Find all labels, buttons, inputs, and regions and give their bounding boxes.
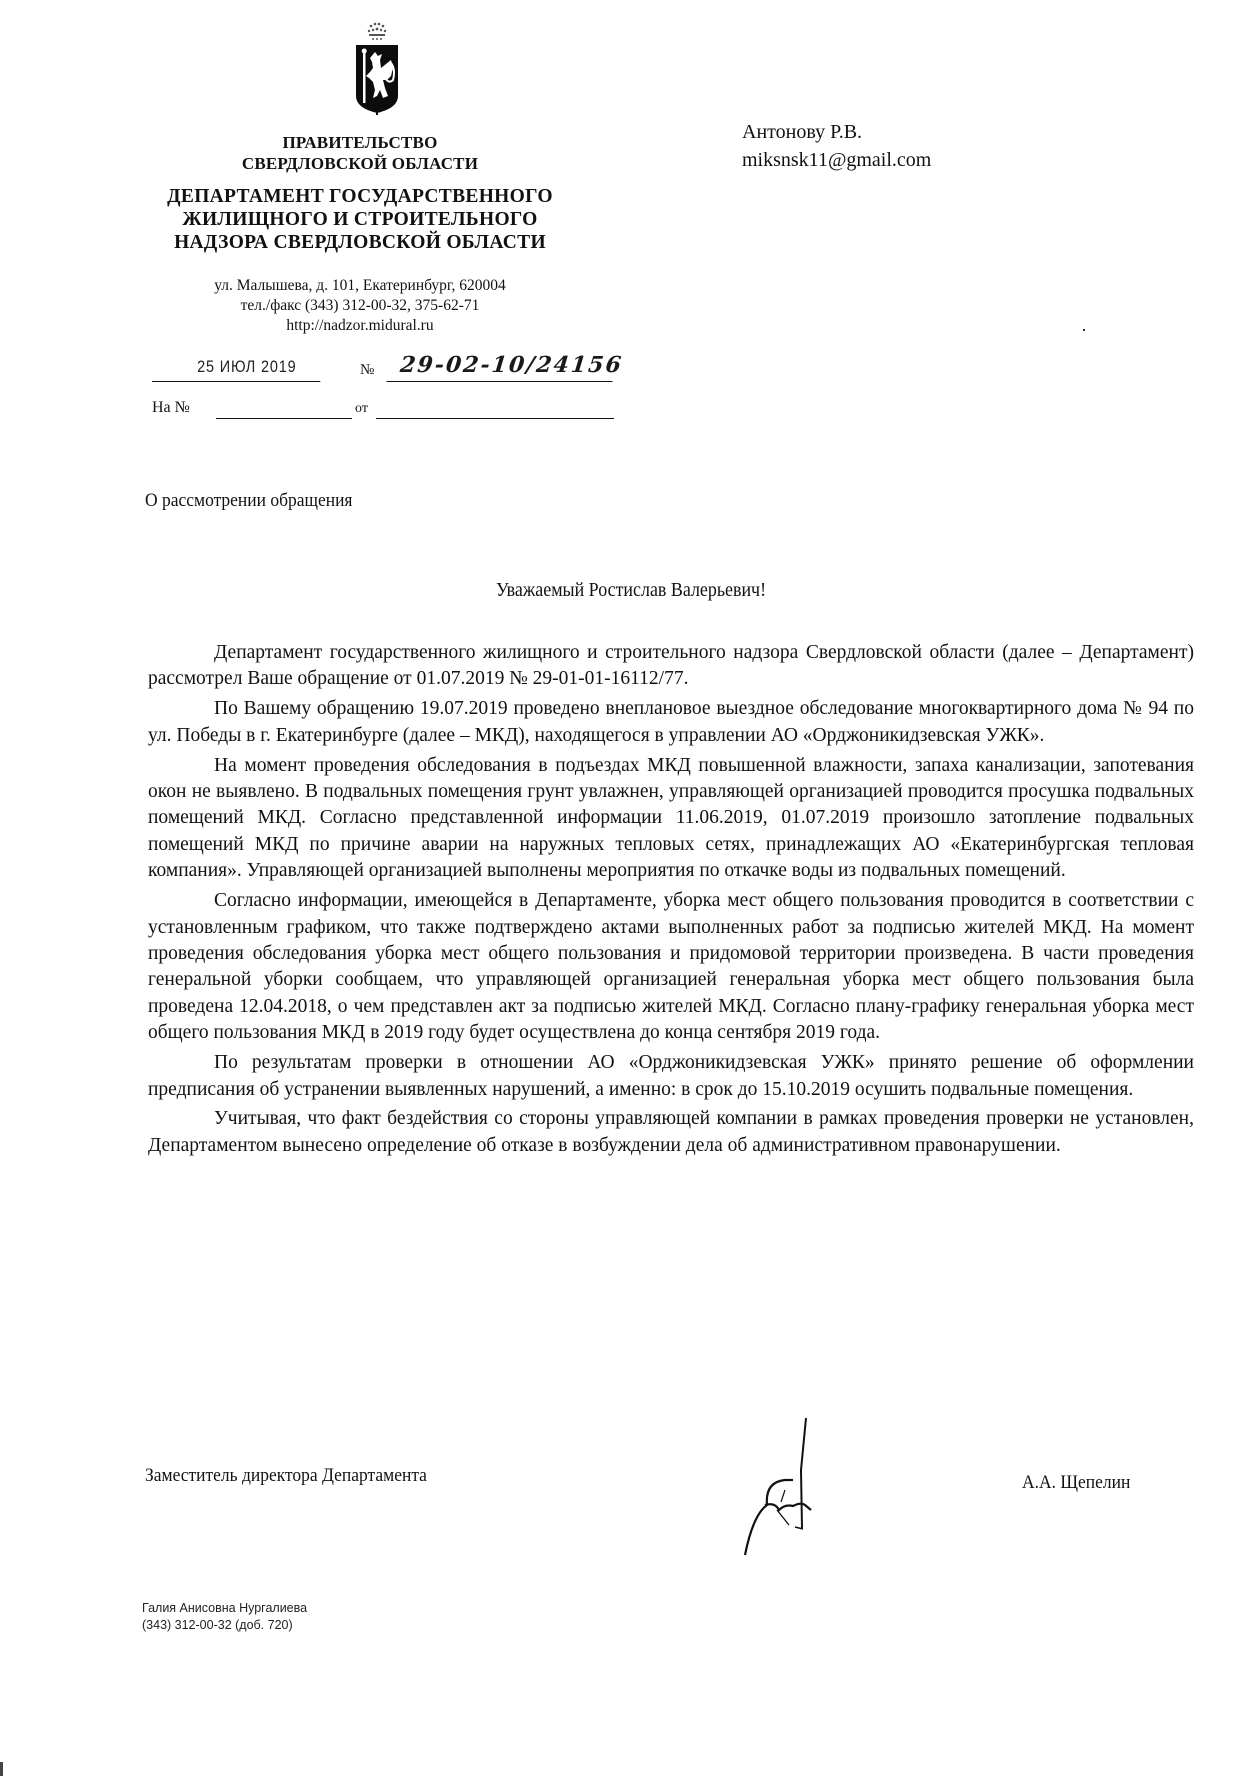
signatory-name: А.А. Щепелин	[1022, 1472, 1130, 1494]
reply-reference: На № от	[152, 396, 632, 420]
body-paragraph: Департамент государственного жилищного и…	[148, 640, 1194, 693]
registration-number-label: №	[360, 362, 374, 379]
executor-info: Галия Анисовна Нургалиева (343) 312-00-3…	[142, 1600, 307, 1634]
government-name: ПРАВИТЕЛЬСТВО СВЕРДЛОВСКОЙ ОБЛАСТИ	[140, 132, 580, 174]
department-contacts: ул. Малышева, д. 101, Екатеринбург, 6200…	[140, 276, 580, 336]
signatory-position: Заместитель директора Департамента	[145, 1465, 427, 1487]
executor-phone: (343) 312-00-32 (доб. 720)	[142, 1617, 307, 1634]
body-paragraph: Согласно информации, имеющейся в Департа…	[148, 888, 1194, 1046]
outgoing-registration: 25 ИЮЛ 2019 № 29-02-10/24156	[152, 352, 632, 382]
department-website: http://nadzor.midural.ru	[140, 316, 580, 336]
scan-edge-mark	[0, 1762, 3, 1776]
reply-to-label: На №	[152, 399, 190, 417]
department-address: ул. Малышева, д. 101, Екатеринбург, 6200…	[140, 276, 580, 296]
department-phone: тел./факс (343) 312-00-32, 375-62-71	[140, 296, 580, 316]
body-paragraph: По Вашему обращению 19.07.2019 проведено…	[148, 696, 1194, 749]
body-paragraph: По результатам проверки в отношении АО «…	[148, 1050, 1194, 1103]
letter-page: ПРАВИТЕЛЬСТВО СВЕРДЛОВСКОЙ ОБЛАСТИ ДЕПАР…	[0, 0, 1238, 1779]
reply-to-number-field	[216, 396, 352, 419]
coat-of-arms-icon	[353, 18, 401, 118]
organization-header: ПРАВИТЕЛЬСТВО СВЕРДЛОВСКОЙ ОБЛАСТИ ДЕПАР…	[140, 132, 580, 254]
addressee-block: Антонову Р.В. miksnsk11@gmail.com	[742, 118, 931, 174]
executor-name: Галия Анисовна Нургалиева	[142, 1600, 307, 1617]
letter-body: Департамент государственного жилищного и…	[148, 640, 1194, 1163]
registration-date-stamp: 25 ИЮЛ 2019	[152, 352, 320, 382]
addressee-name: Антонову Р.В.	[742, 118, 931, 146]
letter-subject: О рассмотрении обращения	[145, 490, 352, 512]
reply-from-date-field	[376, 396, 614, 419]
registration-number: 29-02-10/24156	[386, 352, 615, 382]
letter-greeting: Уважаемый Ростислав Валерьевич!	[496, 580, 766, 602]
reply-from-label: от	[355, 401, 368, 417]
body-paragraph: На момент проведения обследования в подъ…	[148, 753, 1194, 885]
addressee-email: miksnsk11@gmail.com	[742, 146, 931, 174]
body-paragraph: Учитывая, что факт бездействия со сторон…	[148, 1106, 1194, 1159]
department-name: ДЕПАРТАМЕНТ ГОСУДАРСТВЕННОГО ЖИЛИЩНОГО И…	[140, 185, 580, 254]
scan-speck	[1083, 329, 1085, 331]
handwritten-signature-icon	[705, 1410, 835, 1560]
